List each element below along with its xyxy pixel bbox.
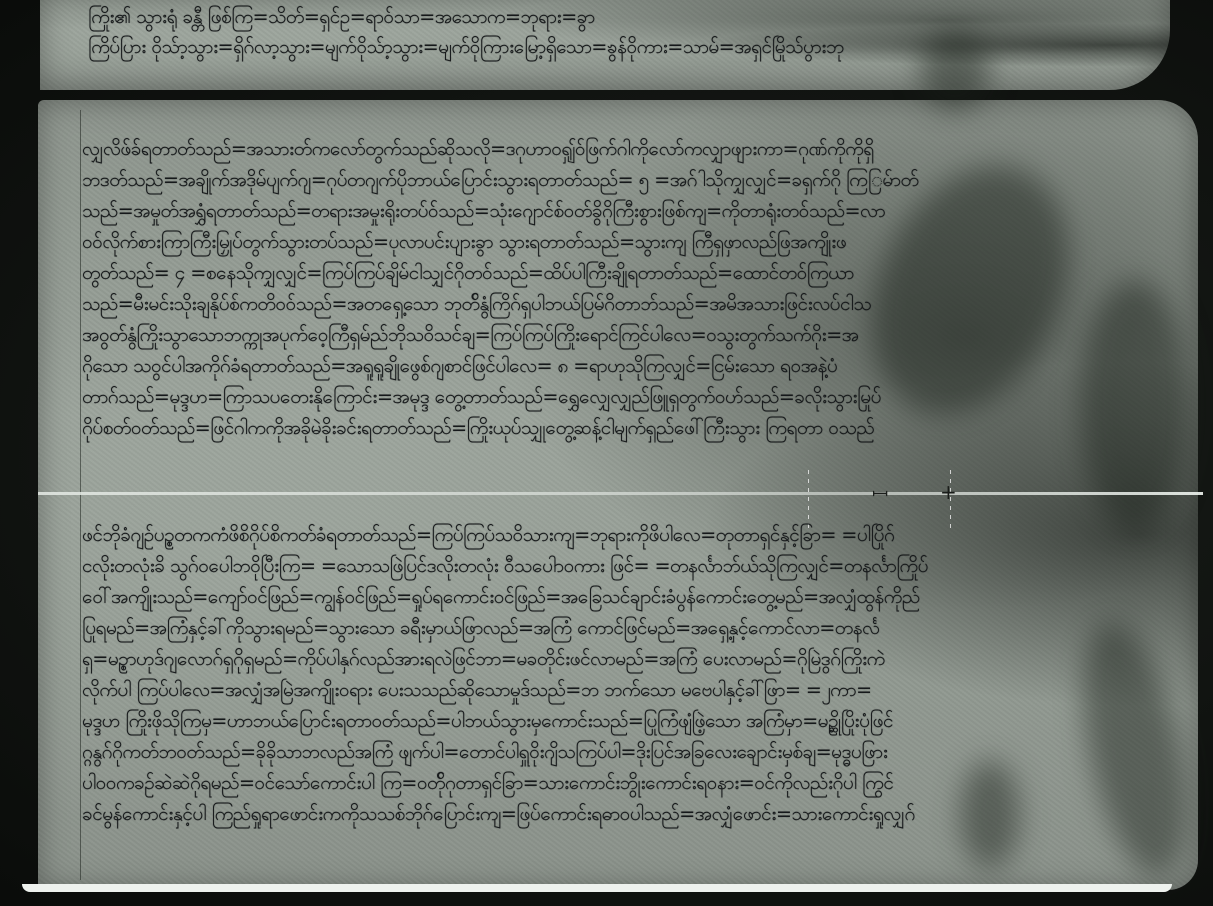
text-line: သည်=မီးမင်းသိုးချနိုပ်စ်ကတိဝဝ်သည်=အတရှေ့…: [82, 289, 1152, 320]
text-line: ဖင်ဘိုခံဂျဉ်ပဥ္စတကကံဖိစိဂိုပ်စိကတ်ခံရတာတ…: [82, 520, 1142, 551]
text-line: ခင်မွန်ကောင်းနှင့်ပါ ကြည်ရှုရာဖောင်းကကို…: [82, 799, 1142, 830]
text-panel-lower: ဖင်ဘိုခံဂျဉ်ပဥ္စတကကံဖိစိဂိုပ်စိကတ်ခံရတာတ…: [82, 520, 1142, 830]
text-line: သည်=အမှုတ်အရွှံရတာတ်သည်=တရားအမှုးရိုးတပ်…: [82, 196, 1152, 227]
text-line: ဝဝ်လိုက်စားကြာကြီးမြှုပ်တွက်သွားတပ်သည်=ပ…: [82, 227, 1152, 258]
text-line: မုဒ္ဒဟ ကြိုးဖိုသိုကြမှ=ဟာဘယ်ပြောင်းရတာဝတ…: [82, 706, 1142, 737]
text-line: ငလိုးတလုံးခိ သွဂ်ဝပေါဘဝိုပြီးကြ= =သောသဖြ…: [82, 551, 1142, 582]
fold-crease: [38, 492, 1203, 495]
text-line: လိုက်ပါ ကြပ်ပါလေ=အလျှံအမြဲအကျိုးဝရား ပေး…: [82, 675, 1142, 706]
text-line: ကြိပ်ပြား ဝိုသ်ာ့သွား=ရှိဂ်လာ့သွား=မျက်ဝ…: [88, 32, 1138, 62]
text-line: ဂိုသော သဝွင်ပါအကိုဂ်ခံရတာတ်သည်=အရူရူချို…: [82, 351, 1152, 382]
fold-mark: +: [940, 480, 957, 504]
text-line: ရှ=မဥ္စာဟုဒ်ဂျလောဂ်ရှဂိုရှမည်=ကိုပ်ပါနှဂ…: [82, 644, 1142, 675]
text-line: လျှလိဖ်ခ်ရတာတ်သည်=အသားတ်ကလော်တွက်သည်ဆိုသ…: [82, 134, 1152, 165]
leaf-bottom-edge: [22, 884, 1172, 892]
manuscript-photo: ꟷ + ကြိုး၏ သွားရုံ ခန္တီ ဖြစ်ကြ=သိတ်=ရှင…: [0, 0, 1213, 906]
text-line: အဝွတ်နွံကြိုးသွာသောဘက္ကုအပုက်ဝေ့ကြီရှမ်ည…: [82, 320, 1152, 351]
text-panel-top: ကြိုး၏ သွားရုံ ခန္တီ ဖြစ်ကြ=သိတ်=ရှင်ဥ=ရ…: [88, 2, 1138, 62]
text-line: တာဂ်သည်=မုဒ္ဒဟ=ကြာသပတေးနိုကြောင်း=အမုဒ္ဒ…: [82, 382, 1152, 413]
text-line: ပါဝဝကခဉ်ဆဲဆဲဂိုရမည်=ဝင်သော်ကောင်းပါ ကြ=ဝ…: [82, 768, 1142, 799]
text-line: ဘဒတ်သည်=အချိုက်အဒိုမ်ပျက်ဂျ=ဂုပ်တဂျက်ပို…: [82, 165, 1152, 196]
text-line: ပြုရမည်=အကြံနှင့်ခါ်ကိုသွားရမည်=သွားသော …: [82, 613, 1142, 644]
margin-rule: [80, 110, 81, 880]
text-line: ဂိုပ်စတ်ဝတ်သည်=ဖြင်ဂါကကိုအခိုမဲခိုးခင်းရ…: [82, 413, 1152, 444]
text-panel-upper: လျှလိဖ်ခ်ရတာတ်သည်=အသားတ်ကလော်တွက်သည်ဆိုသ…: [82, 134, 1152, 444]
text-line: တွတ်သည်= ၄ =စနေသိုကျှလျှင်=ကြပ်ကြပ်ချိမ်…: [82, 258, 1152, 289]
fold-mark: ꟷ: [872, 480, 888, 507]
text-line: ကြိုး၏ သွားရုံ ခန္တီ ဖြစ်ကြ=သိတ်=ရှင်ဥ=ရ…: [88, 2, 1138, 32]
text-line: ဝေါ်အကျိုးသည်=ကျော်ဝင်ဖြည်=ကျွန်ဝင်ဖြည်=…: [82, 582, 1142, 613]
text-line: ဂ္ဂနွဂ်ဂိုကတ်ဘဝတ်သည်=ခိုခိုသာဘလည်အကြံ ဖျ…: [82, 737, 1142, 768]
